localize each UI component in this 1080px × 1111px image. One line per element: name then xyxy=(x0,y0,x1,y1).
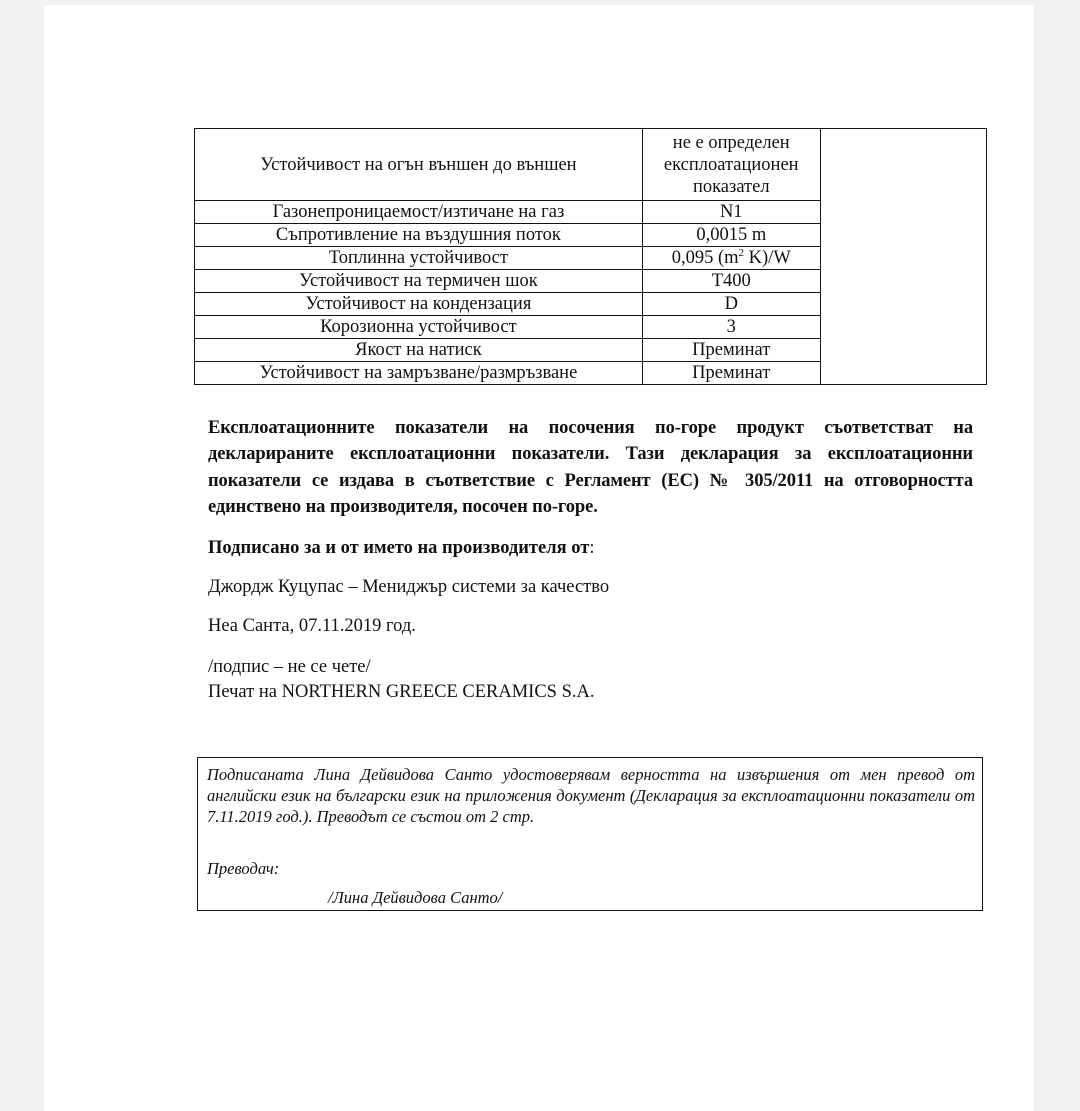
value-cell: 0,0015 m xyxy=(642,224,820,247)
value-cell: N1 xyxy=(642,201,820,224)
value-cell: T400 xyxy=(642,270,820,293)
translator-certification-box: Подписаната Лина Дейвидова Санто удостов… xyxy=(197,757,983,911)
signatory: Джордж Куцупас – Мениджър системи за кач… xyxy=(208,577,609,598)
place-date: Неа Санта, 07.11.2019 год. xyxy=(208,616,416,637)
property-cell: Газонепроницаемост/изтичане на газ xyxy=(195,201,643,224)
property-cell: Устойчивост на огън външен до външен xyxy=(195,129,643,201)
translator-name: /Лина Дейвидова Санто/ xyxy=(328,887,502,908)
certification-text: Подписаната Лина Дейвидова Санто удостов… xyxy=(207,764,975,827)
property-cell: Съпротивление на въздушния поток xyxy=(195,224,643,247)
property-cell: Устойчивост на замръзване/размръзване xyxy=(195,362,643,385)
property-cell: Топлинна устойчивост xyxy=(195,247,643,270)
translator-label: Преводач: xyxy=(207,858,279,879)
value-text: 0,095 (m xyxy=(672,248,739,268)
value-line: експлоатационен xyxy=(664,155,799,175)
property-cell: Устойчивост на термичен шок xyxy=(195,270,643,293)
property-cell: Якост на натиск xyxy=(195,339,643,362)
value-cell: не е определен експлоатационен показател xyxy=(642,129,820,201)
empty-merged-cell xyxy=(820,129,986,385)
performance-table: Устойчивост на огън външен до външен не … xyxy=(194,128,987,385)
value-cell: D xyxy=(642,293,820,316)
signed-by-line: Подписано за и от името на производителя… xyxy=(208,538,594,559)
value-line: не е определен xyxy=(673,133,790,153)
colon: : xyxy=(589,538,594,558)
document-page: Устойчивост на огън външен до външен не … xyxy=(44,5,1034,1111)
signature-note: /подпис – не се чете/ xyxy=(208,657,371,678)
value-cell: Преминат xyxy=(642,339,820,362)
stamp-note: Печат на NORTHERN GREECE CERAMICS S.A. xyxy=(208,682,595,703)
property-cell: Корозионна устойчивост xyxy=(195,316,643,339)
signed-by-label: Подписано за и от името на производителя… xyxy=(208,538,589,558)
value-text: K)/W xyxy=(744,248,791,268)
declaration-paragraph: Експлоатационните показатели на посочени… xyxy=(208,415,973,520)
value-cell: Преминат xyxy=(642,362,820,385)
value-cell: 3 xyxy=(642,316,820,339)
value-line: показател xyxy=(693,177,770,197)
table-row: Устойчивост на огън външен до външен не … xyxy=(195,129,987,201)
value-cell: 0,095 (m2 K)/W xyxy=(642,247,820,270)
property-cell: Устойчивост на кондензация xyxy=(195,293,643,316)
